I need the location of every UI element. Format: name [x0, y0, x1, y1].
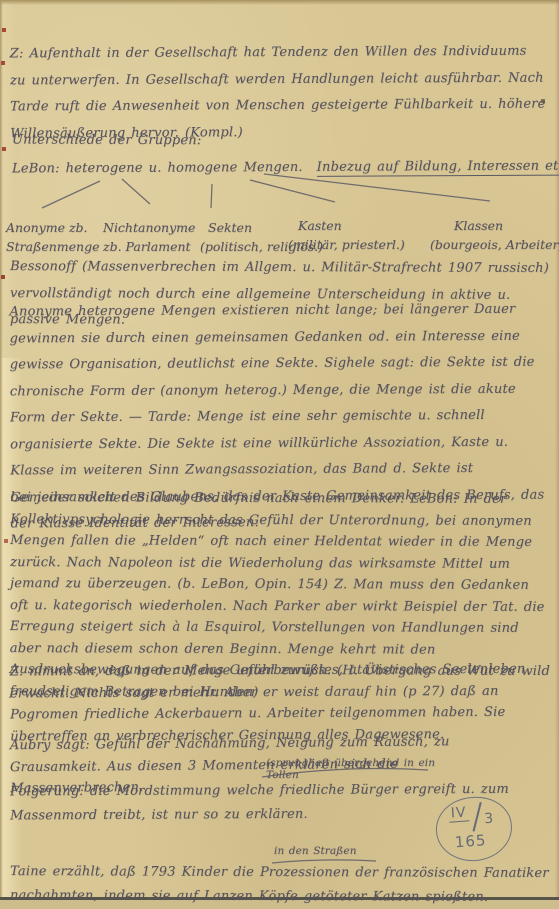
- diagram-label: Klassen: [430, 216, 559, 235]
- lebon-line: LeBon: heterogene u. homogene Mengen. In…: [12, 154, 557, 183]
- stamp-sub-number: 3: [484, 811, 494, 828]
- manuscript-page: Z: Aufenthalt in der Gesellschaft hat Te…: [0, 0, 559, 909]
- diagram-label: zb. Parlament: [103, 237, 195, 256]
- diagram-label: Nichtanonyme: [103, 218, 195, 237]
- diagram-label: Kasten: [288, 216, 405, 235]
- stamp-roman-numeral: IV: [448, 804, 469, 822]
- diagram-col-nichtanonyme: Nichtanonyme zb. Parlament: [103, 218, 195, 256]
- diagram-label: (bourgeois, Arbeiter): [430, 235, 559, 254]
- section-heading: Unterschiede der Gruppen:: [12, 127, 312, 155]
- paper-edge-top: [0, 0, 559, 5]
- paper-edge-left: [0, 0, 3, 909]
- paper-specks: [0, 0, 2, 2]
- stamp-page-number: 165: [454, 831, 487, 851]
- lebon-intro-text: LeBon: heterogene u. homogene Mengen.: [12, 160, 303, 177]
- lebon-criteria-underlined: Inbezug auf Bildung, Interessen etc.: [317, 159, 559, 177]
- diagram-col-kasten: Kasten (militär, priesterl.): [288, 216, 405, 254]
- diagram-label: Anonyme zb.: [6, 218, 100, 237]
- diagram-col-klassen: Klassen (bourgeois, Arbeiter): [430, 216, 559, 254]
- paper-edge-right: [555, 0, 559, 909]
- stamp-slash: [473, 802, 482, 831]
- interline-insertion-strassen: in den Straßen: [274, 845, 424, 857]
- paragraph-taine: Taine erzählt, daß 1793 Kinder die Proze…: [10, 860, 550, 909]
- diagram-col-anonyme: Anonyme zb. Straßenmenge: [6, 218, 100, 256]
- diagram-label: (militär, priesterl.): [288, 235, 405, 254]
